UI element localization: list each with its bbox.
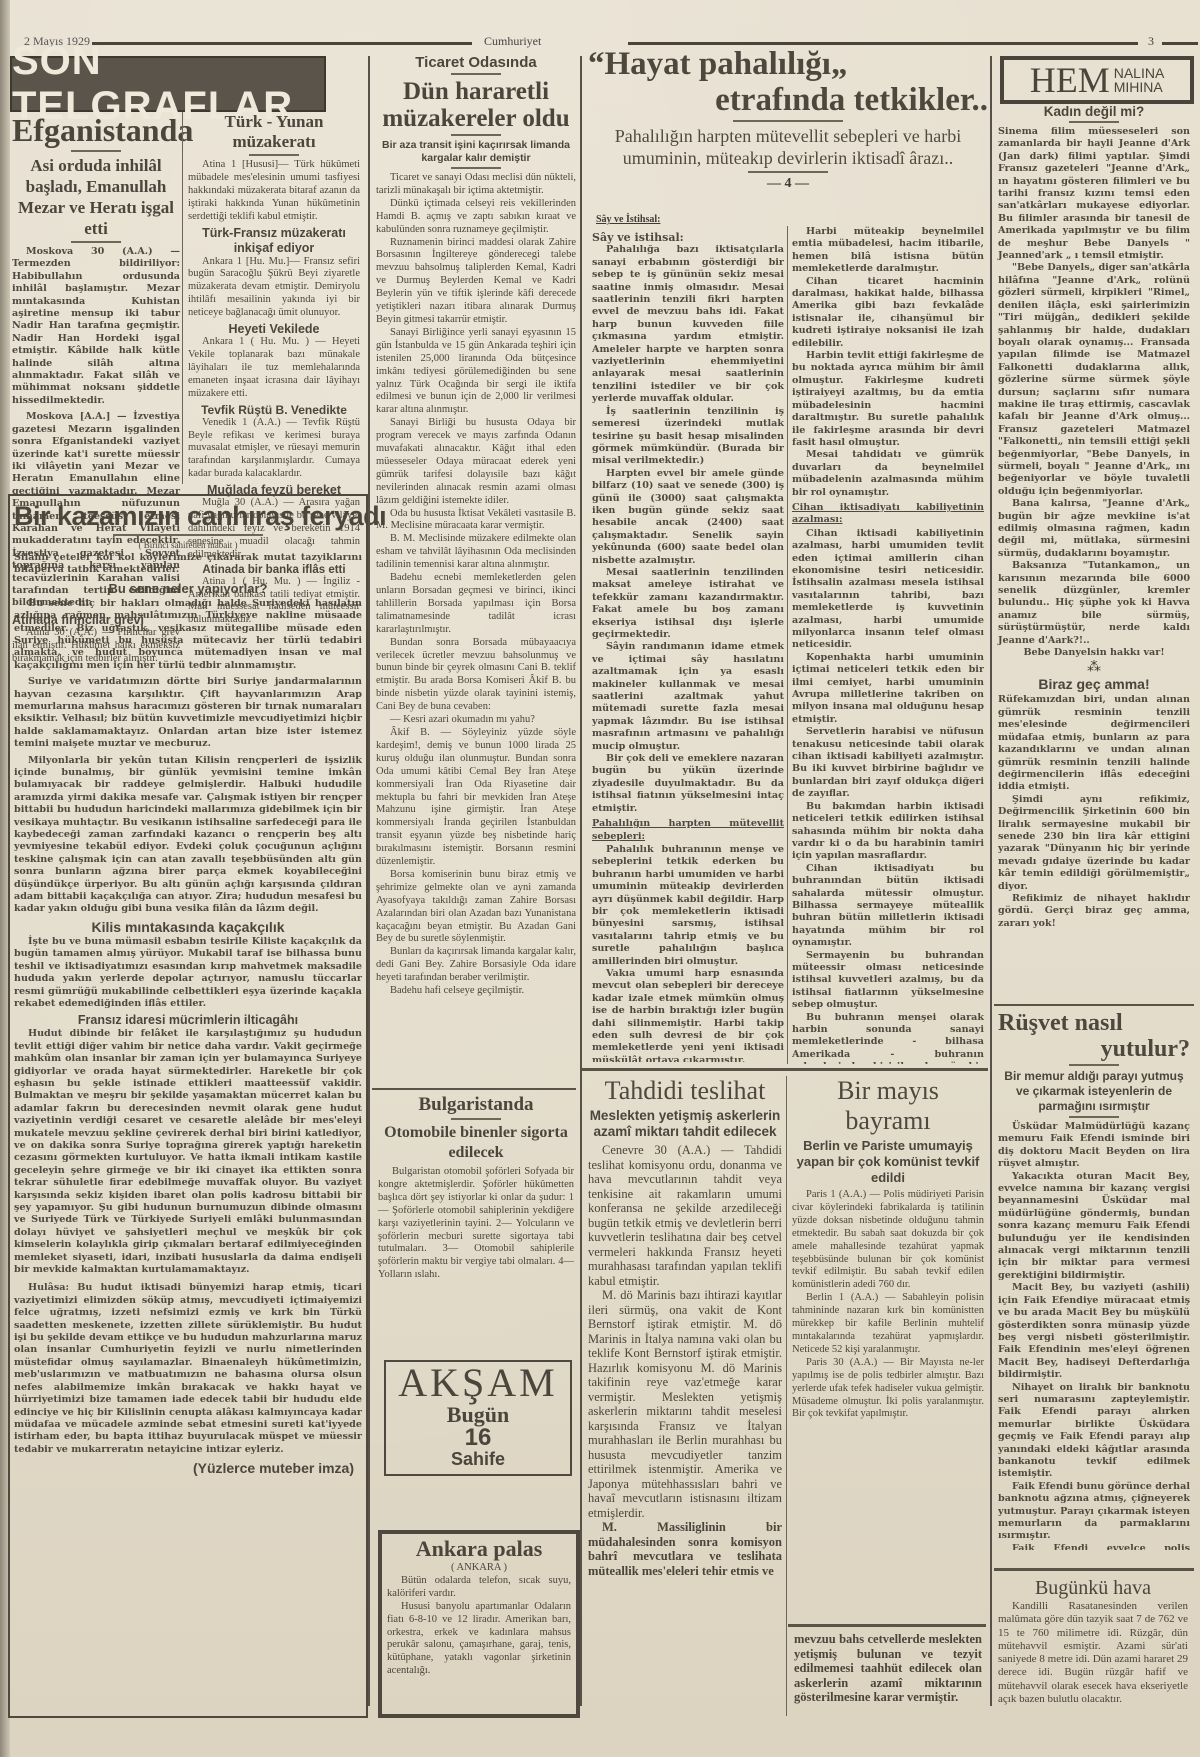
hayat-paragraph: Harbi müteakip beynelmilel emtia mübadel… — [792, 226, 984, 276]
logo-nalina: NALINA — [1114, 66, 1165, 80]
ticaret-paragraph-7: B. M. Meclisinde müzakere edilmekte olan… — [376, 533, 576, 572]
article-bir-mayis: Bir mayıs bayramı Berlin ve Pariste umum… — [792, 1076, 984, 1421]
masthead-rule-end — [1162, 42, 1198, 45]
ticaret-subheadline: Bir aza transit işini kaçırırsak limanda… — [376, 139, 576, 165]
ankara-palas-city: ( ANKARA ) — [382, 1562, 576, 1575]
article-bugunku-hava: Bugünkü hava Kandilli Rasatanesinden ver… — [998, 1576, 1188, 1706]
section-rule — [372, 1088, 576, 1090]
kilis-paragraph-5: Hudut dibinde bir felâket ile karşılaştı… — [14, 1028, 362, 1276]
ticaret-paragraph-13: Badehu hafi celseye geçilmiştir. — [376, 985, 576, 998]
hayat-title-2: etrafında tetkikler.. — [588, 82, 988, 118]
hayat-paragraph: Bu bakımdan harbin iktisadi neticeleri t… — [792, 801, 984, 863]
hayat-title-1: “Hayat pahalılığı„ — [588, 46, 988, 82]
ticaret-paragraph-6: Oda bu hususta İktisat Vekâleti vasıtasi… — [376, 508, 576, 534]
tahdidi-paragraph-2: M. dö Marinis bazı ihtirazi kayıtlar ile… — [588, 1288, 782, 1520]
rusvet-paragraph-4: Nihayet on liralık bir banknotu seri num… — [998, 1382, 1190, 1481]
paper-name: Cumhuriyet — [484, 34, 541, 49]
article-kilis: Bir kazamızın canhıraş feryadı ( Birinci… — [14, 500, 362, 1476]
son-telgraflar-banner: SON TELGRAFLAR — [10, 56, 326, 112]
newspaper-page: 2 Mayıs 1929 Cumhuriyet 3 SON TELGRAFLAR… — [0, 0, 1200, 1757]
hayat-paragraph: Servetlerin harabisi ve nüfusun tenakusu… — [792, 726, 984, 800]
hayat-paragraph: İş saatlerinin tenzilinin iş semeresi üz… — [592, 406, 784, 468]
ornament-divider — [249, 154, 299, 156]
turk-fransiz-body: Ankara 1 [Hu. Mu.]— Fransız sefiri bugün… — [188, 256, 360, 321]
heyeti-vekile-headline: Heyeti Vekilede — [188, 322, 360, 336]
hayat-column-1: Sây ve istihsal:Pahalılığa bazı iktisatç… — [592, 232, 784, 1062]
turk-yunan-headline: Türk - Yunan müzakeratı — [188, 112, 360, 152]
hayat-paragraph: Mesai tahdidatı ve gümrük duvarları da b… — [792, 449, 984, 499]
afghan-paragraph-1: Moskova 30 (A.A.) — Termezden bildiriliy… — [12, 246, 180, 407]
hayat-paragraph: Cihan ticaret hacminin daralması, hakika… — [792, 276, 984, 350]
column-hem-nalina: Kadın değil mi? Sinema filim müesseseler… — [998, 104, 1190, 930]
ornament-divider — [1069, 121, 1119, 123]
mayis-paragraph-1: Paris 1 (A.A.) — Polis müdiriyeti Parisi… — [792, 1189, 984, 1292]
mayis-subheadline: Berlin ve Pariste umumayiş yapan bir çok… — [792, 1138, 984, 1186]
ticaret-paragraph-10: Âkif B. — Söyleyiniz yüzde söyle kardeşi… — [376, 727, 576, 869]
column-rule — [787, 226, 788, 1064]
logo-hem: HEM — [1030, 62, 1110, 98]
kilis-sub-1: Bu sene neler yapıyorlar? — [14, 581, 362, 596]
ticaret-paragraph-11: Borsa komiserinin bunu biraz etmiş ve şe… — [376, 869, 576, 946]
kadin-paragraph-4: Baksanıza "Tutankamon„ un karısının meza… — [998, 560, 1190, 647]
hayat-headline-top: “Hayat pahalılığı„ etrafında tetkikler..… — [588, 46, 988, 192]
ankara-palas-name: Ankara palas — [382, 1536, 576, 1562]
section-rule — [788, 1624, 986, 1627]
ticaret-paragraph-12: Bunları da kaçırırsak limanda kargalar k… — [376, 946, 576, 985]
kadin-paragraph-2: "Bebe Danyels„ diger san'atkârla hilâfın… — [998, 262, 1190, 498]
rusvet-paragraph-2: Yakacıkta oturan Macit Bey, evvelce namı… — [998, 1171, 1190, 1283]
kilis-paragraph-1: Bu sene hiç bir hakları olmadığı halde S… — [14, 598, 362, 672]
bulgaria-headline: Otomobile binenler sigorta edilecek — [378, 1123, 574, 1163]
biraz-paragraph-2: Şimdi aynı refikimiz, Değirmencilik Şirk… — [998, 794, 1190, 893]
hayat-part-number: — 4 — — [588, 176, 988, 192]
section-rule — [582, 1068, 988, 1071]
hayat-paragraph: Pahalılık buhranının menşe ve sebeplerin… — [592, 844, 784, 968]
rusvet-paragraph-3: Macit Bey, bu vaziyeti (ashili) için Fai… — [998, 1282, 1190, 1381]
hayat-column-2: Harbi müteakip beynelmilel emtia mübadel… — [792, 226, 984, 1064]
hayat-paragraph: Cihan iktisadiyatı bu buhranından bütün … — [792, 863, 984, 950]
ticaret-paragraph-8: Badehu ecnebi memleketlerden gelen unlar… — [376, 572, 576, 637]
hayat-paragraph: Bir çok deli ve emeklere nazaran bugün b… — [592, 753, 784, 815]
ankara-palas-prices: Hususi banyolu apartımanlar Odaların fia… — [382, 1601, 576, 1678]
turk-fransiz-headline: Türk-Fransız müzakeratı inkişaf ediyor — [188, 226, 360, 256]
hayat-subtitle: Pahalılığın harpten mütevellit sebepleri… — [588, 125, 988, 169]
ticaret-quote: — Kesri azari okumadın mı yahu? — [376, 714, 576, 727]
tahdidi-headline: Tahdidi teslihat — [588, 1076, 782, 1106]
heyeti-vekile-body: Ankara 1 ( Hu. Mu. ) — Heyeti Vekile top… — [188, 336, 360, 401]
turk-yunan-body: Atina 1 [Hususi]— Türk hükûmeti mübadele… — [188, 159, 360, 224]
hayat-heading: Sây ve istihsal: — [592, 232, 784, 244]
hayat-paragraph: Bu buhranın menşei olarak harbin sonunda… — [792, 1012, 984, 1064]
bulgaria-body: Bulgaristan otomobil şoförleri Sofyada b… — [378, 1166, 574, 1282]
ticaret-paragraph-4: Sanayi Birliğince yerli sanayi eşyasının… — [376, 327, 576, 417]
aksam-pages: Sahife — [386, 1450, 570, 1468]
ticaret-kicker: Ticaret Odasında — [376, 54, 576, 71]
kadin-closing: Bebe Danyelsin hakkı var! — [998, 647, 1190, 659]
column-rule — [368, 56, 370, 1706]
section-rule — [994, 1568, 1194, 1571]
ornament-divider — [451, 167, 501, 169]
hayat-paragraph: Cihan iktisadi kabiliyetinin azalması, h… — [792, 528, 984, 652]
aksam-today: Bugün — [386, 1404, 570, 1426]
rusvet-paragraph-6: Faik Efendi evvelce polis memurluğunda b… — [998, 1543, 1190, 1550]
biraz-headline: Biraz geç amma! — [998, 676, 1190, 692]
kadin-paragraph-1: Sinema filim müesseseleri son zamanlarda… — [998, 126, 1190, 262]
kilis-paragraph-2: Suriye ve varidatımızın dörtte biri Suri… — [14, 676, 362, 750]
kilis-sub-3: Fransız idaresi mücrimlerin iltica­gâhı — [14, 1013, 362, 1027]
aksam-page-count: 16 — [386, 1426, 570, 1450]
ticaret-paragraph-1: Ticaret ve sanayi Odası meclisi dün nükt… — [376, 172, 576, 198]
aksam-advert: AKŞAM Bugün 16 Sahife — [384, 1360, 572, 1476]
hayat-paragraph: Harpten evvel bir amele günde bilfarz (1… — [592, 468, 784, 567]
hava-body: Kandilli Rasatanesinden verilen malûmata… — [998, 1600, 1188, 1706]
asterism: ⁂ — [998, 659, 1190, 676]
hayat-paragraph: Sermayenin bu buhrandan müteessir olması… — [792, 950, 984, 1012]
ornament-divider — [451, 134, 501, 136]
ornament-divider — [71, 241, 121, 243]
ticaret-headline: Dün hararetli müzakereler oldu — [376, 78, 576, 132]
article-ticaret-odasi: Ticaret Odasında Dün hararetli müzakerel… — [376, 54, 576, 998]
kilis-paragraph-4: İşte bu ve buna mümasil esbabın tesirile… — [14, 936, 362, 1010]
article-rusvet: Rüşvet nasıl yutulur? Bir memur aldığı p… — [998, 1010, 1190, 1550]
kilis-intro: Silâhlı çeteler kol kol köylerimize çıka… — [14, 552, 362, 577]
mayis-tahdidi-continuation: mevzuu bahs cetvellerde meslekten yetişm… — [794, 1632, 982, 1705]
hayat-paragraph: Vakıa umumi harp esnasında mevcut olan s… — [592, 968, 784, 1062]
logo-mihina: MIHINA — [1114, 80, 1165, 94]
ornament-divider — [1069, 1116, 1119, 1118]
ornament-divider — [733, 120, 843, 122]
ticaret-paragraph-3: Ruznamenin birinci maddesi olarak Zahire… — [376, 237, 576, 327]
section-rule — [994, 1004, 1194, 1006]
ticaret-paragraph-9: Bundan sonra Borsada mübayaacıya verilec… — [376, 637, 576, 714]
hayat-section-label: Sây ve İstihsal: — [596, 214, 660, 225]
tevfik-rustu-body: Venedik 1 (A.A.) — Tevfik Rüştü Beyle re… — [188, 417, 360, 482]
ticaret-paragraph-5: Sanayi Birliği bu hususta Odaya bir prog… — [376, 417, 576, 507]
kilis-signature: (Yüzlerce muteber imza) — [14, 1460, 362, 1476]
article-bulgaristan: Bulgaristanda Otomobile binenler sigorta… — [378, 1094, 574, 1282]
ornament-divider — [451, 1118, 501, 1120]
rusvet-paragraph-1: Üsküdar Malmüdürlüğü kazanç memuru Faik … — [998, 1121, 1190, 1171]
column-rule — [182, 112, 183, 484]
mayis-paragraph-3: Paris 30 (A.A.) — Bir Mayısta ne-ler yap… — [792, 1357, 984, 1422]
tahdidi-paragraph-3: M. Massiliglinin bir müdahalesinden sonr… — [588, 1520, 782, 1578]
kadin-paragraph-3: Bana kalırsa, "Jeanne d'Ark„ bugün bir a… — [998, 498, 1190, 560]
ornament-divider — [451, 73, 501, 75]
hayat-paragraph: Kopenhakta harbi umuminin içtimai netice… — [792, 652, 984, 726]
ornament-divider — [1069, 1064, 1119, 1066]
hayat-subheading: Cihan iktisadiyatı kabiliyetinin azalmas… — [792, 502, 984, 527]
column-rule — [580, 56, 582, 1706]
page-number: 3 — [1148, 34, 1154, 49]
kilis-headline: Bir kazamızın canhıraş feryadı — [14, 500, 362, 532]
kilis-sub-2: Kilis mıntakasında kaçakçılık — [14, 919, 362, 935]
ankara-palas-features: Bütün odalarda telefon, sıcak suyu, kalö… — [382, 1575, 576, 1601]
afghan-subheadline: Asi orduda inhilâl başladı, Emanullah Me… — [12, 155, 180, 239]
hayat-paragraph: Mesai saatlerinin tenzilinden maksat ame… — [592, 567, 784, 641]
ornament-divider — [71, 150, 121, 152]
ticaret-paragraph-2: Dünkü içtimada celseyi reis vekillerinde… — [376, 198, 576, 237]
ankara-palas-advert: Ankara palas ( ANKARA ) Bütün odalarda t… — [378, 1530, 580, 1718]
kilis-paragraph-3: Milyonlarla bir yekûn tutan Kilisin renç… — [14, 755, 362, 916]
ornament-divider — [113, 534, 263, 536]
hayat-subheading: Pahalılığın harpten mütevellit sebepleri… — [592, 818, 784, 843]
rusvet-paragraph-5: Faik Efendi bunu görünce derhal banknotu… — [998, 1481, 1190, 1543]
hem-nalina-logo: HEM NALINA MIHINA — [1000, 56, 1194, 104]
hayat-paragraph: Harbin tevlit ettiği fakirleşme de bu no… — [792, 350, 984, 449]
hava-headline: Bugünkü hava — [998, 1576, 1188, 1600]
column-rule — [990, 56, 992, 1706]
column-rule — [786, 1076, 787, 1716]
kadin-headline: Kadın değil mi? — [998, 104, 1190, 119]
mayis-paragraph-2: Berlin 1 (A.A.) — Sabahleyin polisin tah… — [792, 1292, 984, 1357]
tevfik-rustu-headline: Tevfik Rüştü B. Venedikte — [188, 403, 360, 417]
mayis-headline: Bir mayıs bayramı — [792, 1076, 984, 1136]
afghan-headline: Efganistanda — [12, 112, 180, 148]
tahdidi-paragraph-1: Cenevre 30 (A.A.) — Tahdidi teslihat kom… — [588, 1143, 782, 1288]
biraz-paragraph-1: Rüfekamızdan biri, undan alınan gümrük r… — [998, 694, 1190, 793]
bulgaria-kicker: Bulgaristanda — [378, 1094, 574, 1116]
rusvet-title-2: yutulur? — [998, 1036, 1190, 1062]
aksam-name: AKŞAM — [386, 1362, 570, 1404]
masthead-rule-right — [628, 42, 1138, 45]
hayat-paragraph: Sâyin randımanın idame etmek ve içtimai … — [592, 641, 784, 753]
kilis-paragraph-6: Hulâsa: Bu hudut iktisadi bünyemizi hara… — [14, 1282, 362, 1456]
kilis-continued-note: ( Birinci sahifeden mabait ) — [14, 539, 362, 552]
ornament-divider — [748, 171, 828, 173]
article-tahdidi-teslihat: Tahdidi teslihat Meslekten yetişmiş aske… — [588, 1076, 782, 1716]
hayat-paragraph: Pahalılığa bazı iktisatçılarla sanayi er… — [592, 244, 784, 405]
biraz-paragraph-3: Refikimiz de nihayet haklıdır gördü. Ger… — [998, 893, 1190, 930]
logo-stack: NALINA MIHINA — [1114, 66, 1165, 94]
rusvet-title-1: Rüşvet nasıl — [998, 1010, 1190, 1036]
rusvet-subheadline: Bir memur aldığı parayı yutmuş ve çıkarm… — [998, 1069, 1190, 1114]
tahdidi-subheadline: Meslekten yetişmiş askerlerin azamî mikt… — [588, 1108, 782, 1140]
